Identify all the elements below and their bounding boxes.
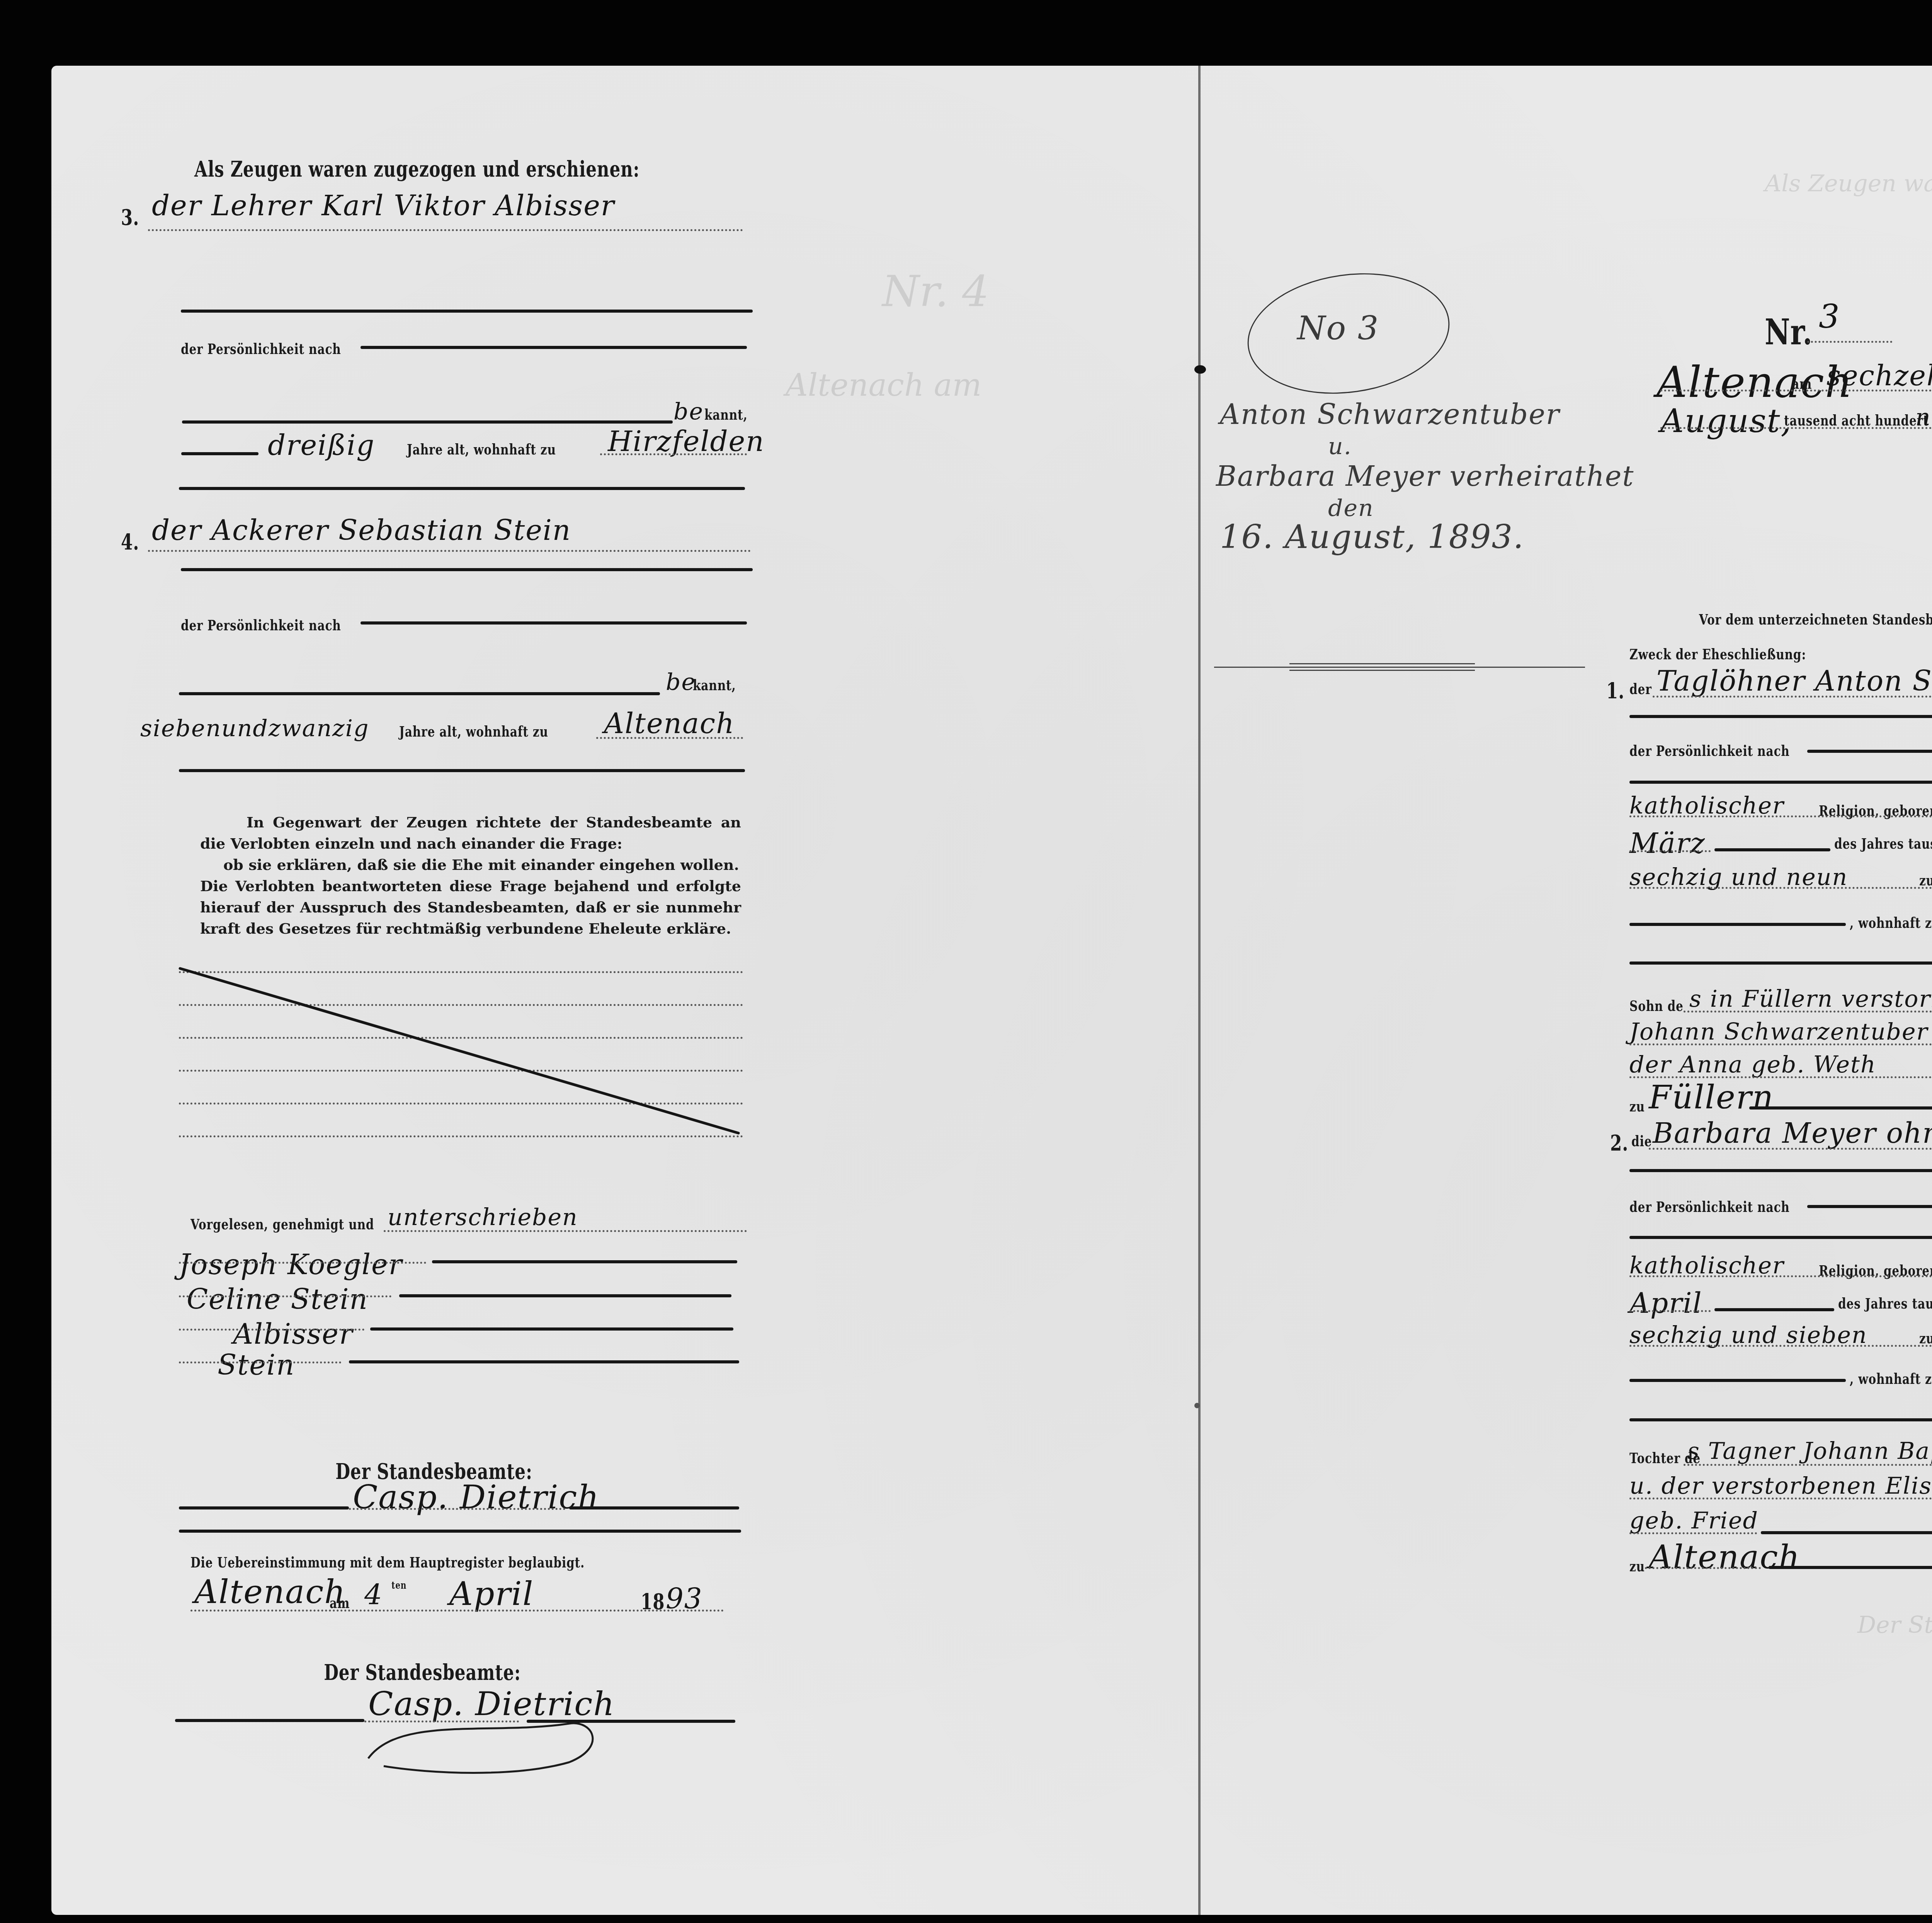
bride-parents-line-3: geb. Fried (1629, 1507, 1759, 1534)
intro-text: Vor dem unterzeichneten Standesbeamten e… (1699, 611, 1932, 628)
margin-bride-name: Barbara Meyer verheirathet (1216, 460, 1634, 492)
certification-month: April (449, 1575, 534, 1613)
bride-entry: Barbara Meyer ohne Gewerbe (1653, 1117, 1932, 1149)
certification-day: 4 (364, 1579, 383, 1611)
witness-3-number: 3. (121, 205, 139, 230)
marriage-month: August, (1660, 402, 1792, 440)
entry-number: 3 (1819, 298, 1840, 335)
strike-through-line (167, 955, 755, 1140)
groom-entry: Taglöhner Anton Schwarzentuber (1656, 665, 1932, 697)
signature-flourish (353, 1700, 623, 1778)
bleed-through: Nr. 4 (882, 267, 989, 316)
groom-parents-line-1: s in Füllern verstorbenen Eheleute (1689, 985, 1932, 1013)
witness-4-known-suffix: be (666, 669, 696, 696)
witness-3-known-suffix: be (673, 398, 704, 425)
witness-4-age: siebenundzwanzig (140, 715, 369, 742)
witness-4-age-label: Jahre alt, wohnhaft zu (399, 723, 548, 740)
witness-4-identity-label: der Persönlichkeit nach (181, 616, 341, 634)
groom-identity-label: der Persönlichkeit nach (1629, 742, 1790, 759)
witness-4-number: 4. (121, 529, 139, 555)
left-page: Nr. 4 Altenach am Als Zeugen waren zugez… (51, 66, 1198, 1915)
signature-joseph-koegler: Joseph Koegler (179, 1248, 403, 1281)
signature-stein: Stein (218, 1349, 295, 1381)
certification-year-prefix: 18 (641, 1589, 665, 1615)
witness-4-entry: der Ackerer Sebastian Stein (152, 514, 571, 546)
margin-and: u. (1328, 433, 1352, 460)
bride-birth-year-label: des Jahres tausend acht hundert (1838, 1295, 1932, 1312)
bride-article: die (1631, 1132, 1652, 1150)
certification-day-suffix: ten (391, 1580, 406, 1591)
witnesses-heading: Als Zeugen waren zugezogen und erschiene… (194, 157, 639, 182)
certification-year-suffix: 93 (666, 1583, 703, 1615)
witness-3-entry: der Lehrer Karl Viktor Albisser (152, 189, 615, 222)
witness-4-known-label: kannt, (693, 676, 736, 694)
signature-albisser: Albisser (233, 1318, 353, 1350)
groom-birth-year-label: des Jahres tausend acht hundert (1834, 835, 1932, 852)
bride-identity-label: der Persönlichkeit nach (1629, 1198, 1790, 1215)
bride-parents-residence: Altenach (1649, 1538, 1800, 1576)
groom-residence-label: , wohnhaft zu (1850, 914, 1932, 931)
bride-residence-label: , wohnhaft zu (1850, 1370, 1932, 1387)
groom-birth-place-label: zu (1919, 871, 1932, 889)
right-page: No 3 Anton Schwarzentuber u. Barbara Mey… (1201, 66, 1932, 1915)
groom-parents-line-2: Johann Schwarzentuber Tagner u. (1629, 1018, 1932, 1045)
certification-am: am (330, 1594, 350, 1612)
groom-parents-label: Sohn de (1629, 997, 1684, 1014)
witness-3-known-label: kannt, (704, 406, 748, 423)
bride-number: 2. (1610, 1130, 1628, 1156)
declaration-text: In Gegenwart der Zeugen richtete der Sta… (200, 812, 741, 939)
bride-birth-place-label: zu (1919, 1329, 1932, 1347)
margin-entry-number: No 3 (1297, 309, 1379, 347)
signature-celine-stein: Celine Stein (187, 1283, 368, 1315)
margin-groom-name: Anton Schwarzentuber (1220, 398, 1560, 431)
groom-parents-residence-prefix: zu (1629, 1098, 1645, 1115)
groom-article: der (1629, 680, 1652, 698)
witness-3-age-label: Jahre alt, wohnhaft zu (407, 441, 556, 458)
signatures-label-handwritten: unterschrieben (388, 1204, 578, 1231)
bleed-through: Der Standesbeamte: (1857, 1612, 1932, 1639)
witness-4-residence: Altenach (604, 707, 735, 740)
bride-parents-residence-prefix: zu (1629, 1557, 1645, 1575)
groom-number: 1. (1606, 678, 1624, 704)
witness-3-identity-label: der Persönlichkeit nach (181, 340, 341, 357)
groom-birth-month: März (1629, 827, 1706, 859)
bride-parents-line-1: s Tagner Johann Baptist Meyer (1687, 1438, 1932, 1465)
margin-marriage-date: 16. August, 1893. (1220, 518, 1524, 556)
bleed-through: Als Zeugen waren zugezogen (1765, 170, 1932, 197)
bleed-through: Altenach am (786, 367, 981, 403)
marriage-day: sechzehnten (1827, 359, 1932, 392)
marriage-place: Altenach (1656, 357, 1853, 407)
bride-birth-month: April (1629, 1287, 1702, 1319)
purpose-text: Zweck der Eheschließung: (1629, 645, 1806, 663)
certification-text: Die Uebereinstimmung mit dem Hauptregist… (190, 1554, 585, 1571)
groom-parents-line-3: der Anna geb. Weth (1629, 1051, 1876, 1078)
bride-parents-line-2: u. der verstorbenen Elisabeth (1629, 1472, 1932, 1499)
registrar-signature: Casp. Dietrich (353, 1478, 599, 1516)
entry-number-label: Nr. (1765, 311, 1813, 353)
register-spread: Nr. 4 Altenach am Als Zeugen waren zugez… (51, 66, 1932, 1915)
signatures-label: Vorgelesen, genehmigt und (190, 1215, 374, 1233)
registrar-heading-2: Der Standesbeamte: (317, 1660, 528, 1685)
groom-parents-residence: Füllern (1649, 1078, 1774, 1116)
year-label: tausend acht hundert (1784, 412, 1929, 429)
certification-place: Altenach (194, 1573, 346, 1611)
witness-3-residence: Hirzfelden (608, 425, 765, 458)
scan-background: Nr. 4 Altenach am Als Zeugen waren zugez… (0, 0, 1932, 1923)
witness-3-age: dreißig (268, 429, 375, 461)
